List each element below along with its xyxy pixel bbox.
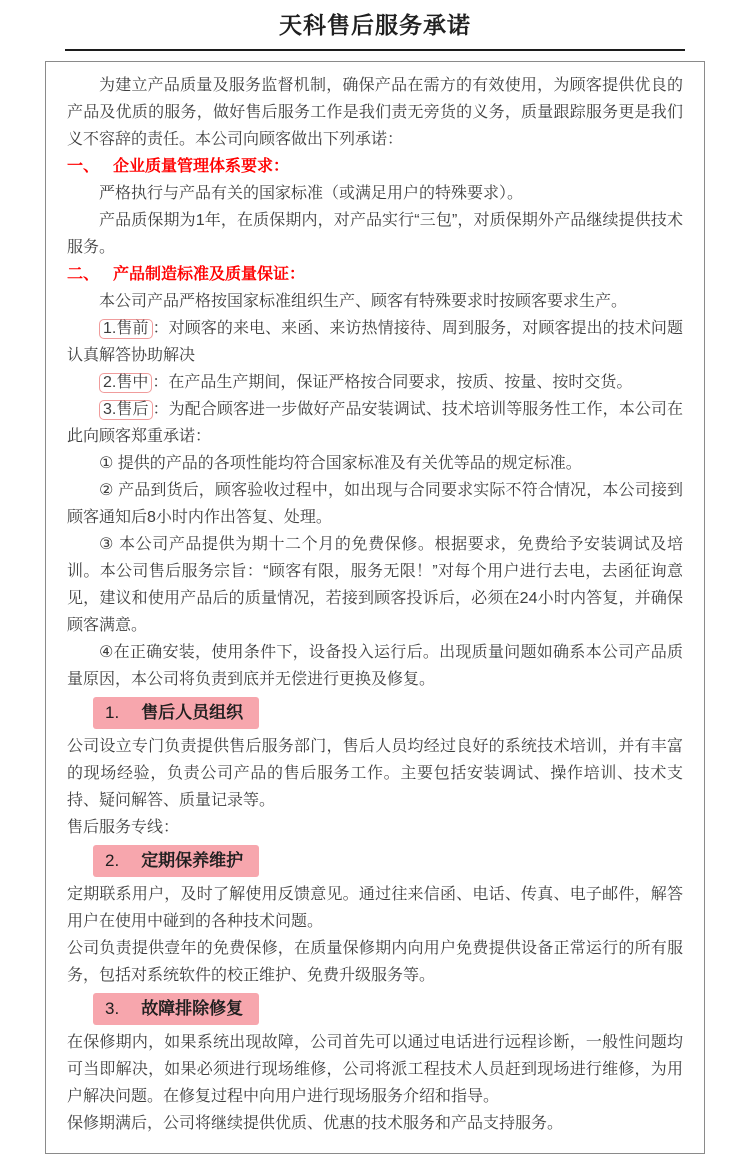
heading-number: 3.	[105, 999, 119, 1018]
heading-label: 故障排除修复	[141, 999, 243, 1018]
heading-highlight: 1.售后人员组织	[93, 697, 259, 729]
heading-text: 企业质量管理体系要求：	[113, 158, 289, 175]
midsale-tag: 2.售中	[99, 373, 152, 393]
document-page: 天科售后服务承诺 为建立产品质量及服务监督机制，确保产品在需方的有效使用，为顾客…	[0, 0, 750, 1154]
paragraph-free-warranty: 公司负责提供壹年的免费保修，在质量保修期内向用户免费提供设备正常运行的所有服务，…	[67, 935, 683, 989]
heading-label: 售后人员组织	[141, 703, 243, 722]
heading-number: 二、	[67, 266, 99, 283]
paragraph-fault-repair: 在保修期内，如果系统出现故障，公司首先可以通过电话进行远程诊断，一般性问题均可当…	[67, 1029, 683, 1110]
heading-label: 定期保养维护	[141, 851, 243, 870]
numbered-heading-staff: 1.售后人员组织	[67, 697, 683, 729]
presale-text: ：对顾客的来电、来函、来访热情接待、周到服务，对顾客提出的技术问题认真解答协助解…	[67, 320, 683, 364]
presale-tag: 1.售前	[99, 319, 153, 339]
promise-item-1: ① 提供的产品的各项性能均符合国家标准及有关优等品的规定标准。	[67, 450, 683, 477]
promise-item-2: ② 产品到货后，顾客验收过程中，如出现与合同要求实际不符合情况，本公司接到顾客通…	[67, 477, 683, 531]
paragraph-midsale: 2.售中：在产品生产期间，保证严格按合同要求，按质、按量、按时交货。	[67, 369, 683, 396]
section-heading-quality-system: 一、企业质量管理体系要求：	[67, 153, 683, 180]
section-heading-manufacturing-standard: 二、产品制造标准及质量保证：	[67, 261, 683, 288]
heading-number: 1.	[105, 703, 119, 722]
paragraph-production-standard: 本公司产品严格按国家标准组织生产、顾客有特殊要求时按顾客要求生产。	[67, 288, 683, 315]
heading-highlight: 3.故障排除修复	[93, 993, 259, 1025]
content-box: 为建立产品质量及服务监督机制，确保产品在需方的有效使用，为顾客提供优良的产品及优…	[45, 61, 705, 1154]
promise-item-3: ③ 本公司产品提供为期十二个月的免费保修。根据要求，免费给予安装调试及培训。本公…	[67, 531, 683, 639]
numbered-heading-troubleshooting: 3.故障排除修复	[67, 993, 683, 1025]
paragraph-staff-org: 公司设立专门负责提供售后服务部门，售后人员均经过良好的系统技术培训，并有丰富的现…	[67, 733, 683, 814]
aftersale-text: ：为配合顾客进一步做好产品安装调试、技术培训等服务性工作，本公司在此向顾客郑重承…	[67, 401, 683, 445]
numbered-heading-maintenance: 2.定期保养维护	[67, 845, 683, 877]
title-underline	[65, 49, 685, 51]
heading-highlight: 2.定期保养维护	[93, 845, 259, 877]
paragraph-presale: 1.售前：对顾客的来电、来函、来访热情接待、周到服务，对顾客提出的技术问题认真解…	[67, 315, 683, 369]
paragraph-service-hotline: 售后服务专线：	[67, 814, 683, 841]
promise-item-4: ④在正确安装，使用条件下，设备投入运行后。出现质量问题如确系本公司产品质量原因，…	[67, 639, 683, 693]
aftersale-tag: 3.售后	[99, 400, 153, 420]
heading-number: 一、	[67, 158, 99, 175]
heading-number: 2.	[105, 851, 119, 870]
paragraph-regular-contact: 定期联系用户，及时了解使用反馈意见。通过往来信函、电话、传真、电子邮件，解答用户…	[67, 881, 683, 935]
doc-title: 天科售后服务承诺	[0, 0, 750, 40]
paragraph-aftersale: 3.售后：为配合顾客进一步做好产品安装调试、技术培训等服务性工作，本公司在此向顾…	[67, 396, 683, 450]
intro-paragraph: 为建立产品质量及服务监督机制，确保产品在需方的有效使用，为顾客提供优良的产品及优…	[67, 72, 683, 153]
paragraph-national-standard: 严格执行与产品有关的国家标准（或满足用户的特殊要求）。	[67, 180, 683, 207]
paragraph-warranty-period: 产品质保期为1年，在质保期内，对产品实行“三包”，对质保期外产品继续提供技术服务…	[67, 207, 683, 261]
paragraph-after-warranty: 保修期满后，公司将继续提供优质、优惠的技术服务和产品支持服务。	[67, 1110, 683, 1137]
midsale-text: ：在产品生产期间，保证严格按合同要求，按质、按量、按时交货。	[152, 374, 632, 391]
heading-text: 产品制造标准及质量保证：	[113, 266, 305, 283]
